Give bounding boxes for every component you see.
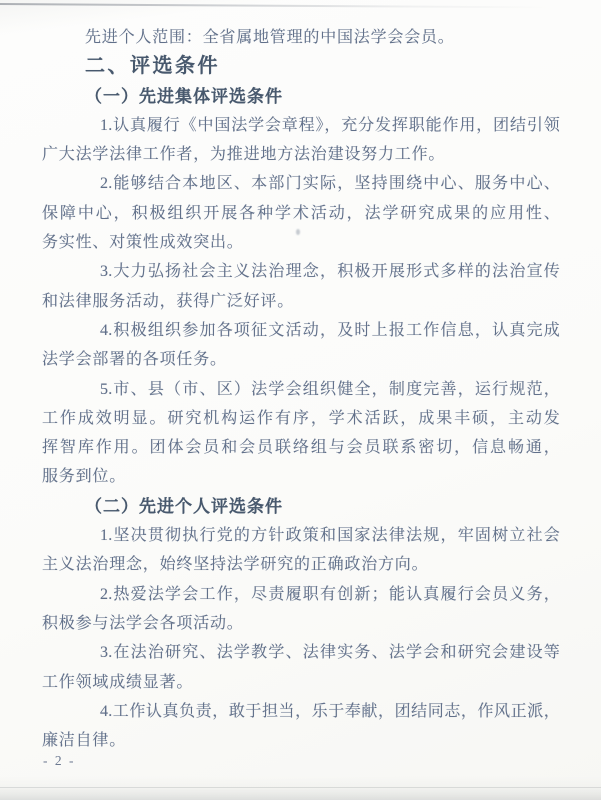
scan-edge-top (0, 3, 552, 8)
text-line: 积极参与法学会各项活动。 (42, 609, 560, 638)
text-line: 1.坚决贯彻执行党的方针政策和国家法律法规，牢固树立社会 (42, 521, 560, 550)
text-line: 工作成效明显。研究机构运作有序，学术活跃，成果丰硕，主动发 (42, 404, 560, 433)
heading-line: （二）先进个人评选条件 (42, 492, 560, 521)
heading-line: 二、评选条件 (42, 52, 560, 81)
text-line: 3.在法治研究、法学教学、法律实务、法学会和研究会建设等 (42, 638, 560, 667)
heading-line: （一）先进集体评选条件 (42, 82, 560, 111)
scanned-document-page: 先进个人范围：全省属地管理的中国法学会会员。二、评选条件（一）先进集体评选条件1… (0, 0, 601, 800)
text-line: 4.积极组织参加各项征文活动，及时上报工作信息，认真完成 (42, 316, 560, 345)
page-number: - 2 - (43, 751, 76, 771)
text-line: 法学会部署的各项任务。 (42, 345, 560, 374)
text-line: 先进个人范围：全省属地管理的中国法学会会员。 (42, 23, 560, 52)
text-line: 主义法治理念，始终坚持法学研究的正确政治方向。 (42, 550, 560, 579)
document-body: 先进个人范围：全省属地管理的中国法学会会员。二、评选条件（一）先进集体评选条件1… (42, 23, 560, 755)
text-line: 3.大力弘扬社会主义法治理念，积极开展形式多样的法治宣传 (42, 257, 560, 286)
text-line: 5.市、县（市、区）法学会组织健全，制度完善，运行规范， (42, 375, 560, 404)
text-line: 4.工作认真负责，敢于担当，乐于奉献，团结同志，作风正派， (42, 697, 560, 726)
text-line: 挥智库作用。团体会员和会员联络组与会员联系密切，信息畅通， (42, 433, 560, 462)
text-line: 和法律服务活动，获得广泛好评。 (42, 287, 560, 316)
text-line: 工作领域成绩显著。 (42, 668, 560, 697)
text-line: 2.能够结合本地区、本部门实际，坚持围绕中心、服务中心、 (42, 169, 560, 198)
text-line: 服务到位。 (42, 462, 560, 491)
text-line: 保障中心，积极组织开展各种学术活动，法学研究成果的应用性、 (42, 199, 560, 228)
text-line: 2.热爱法学会工作，尽责履职有创新；能认真履行会员义务， (42, 580, 560, 609)
text-line: 务实性、对策性成效突出。 (42, 228, 560, 257)
text-line: 1.认真履行《中国法学会章程》，充分发挥职能作用，团结引领 (42, 111, 560, 140)
text-line: 廉洁自律。 (42, 726, 560, 755)
scan-edge-bottom (0, 787, 601, 800)
text-line: 广大法学法律工作者，为推进地方法治建设努力工作。 (42, 140, 560, 169)
